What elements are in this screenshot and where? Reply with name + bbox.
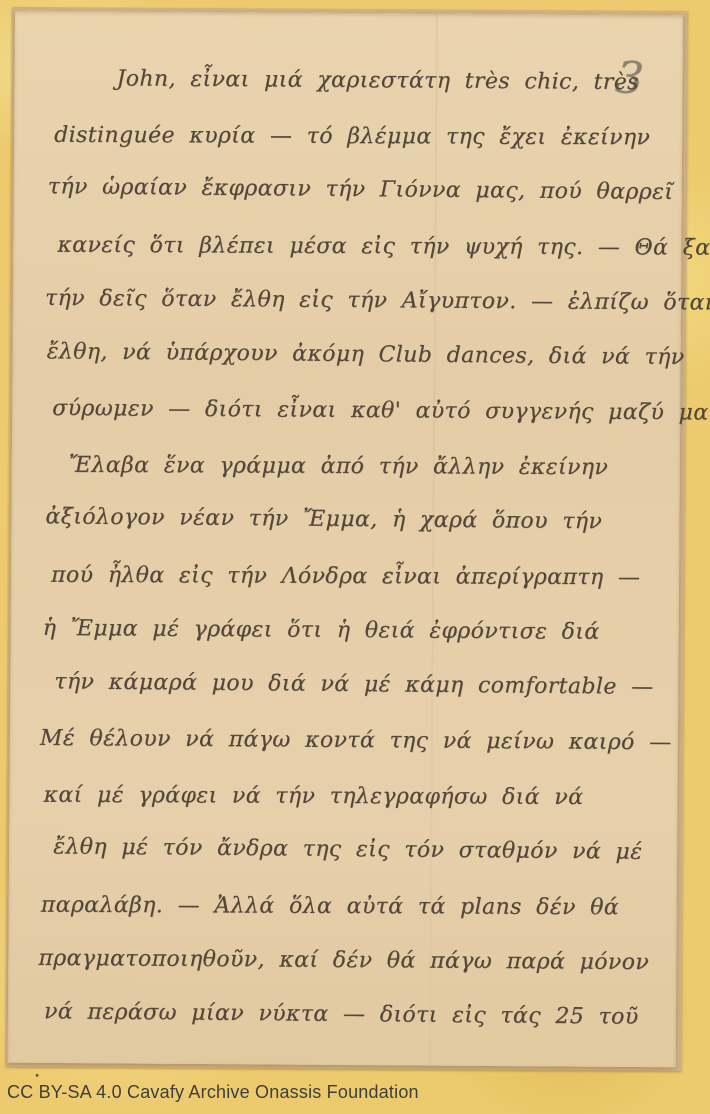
letter-page: 3 John, εἶναι μιά χαριεστάτη très chic, …	[8, 11, 683, 1068]
handwritten-line: πραγματοποιηθοῦν, καί δέν θά πάγω παρά μ…	[30, 931, 666, 990]
handwritten-line: ἡ Ἔμμα μέ γράφει ὅτι ἡ θειά ἐφρόντισε δι…	[33, 601, 669, 660]
handwritten-line: τήν ὡραίαν ἔκφρασιν τήν Γιόννα μας, πού …	[36, 159, 672, 220]
handwritten-line: νά περάσω μίαν νύκτα — διότι εἰς τάς 25 …	[30, 984, 666, 1045]
handwritten-line: σύρωμεν — διότι εἶναι καθ' αὐτό συγγενής…	[34, 381, 670, 440]
handwriting-block: John, εἶναι μιά χαριεστάτη très chic, tr…	[30, 51, 673, 1045]
handwritten-line: τήν κάμαρά μου διά νά μέ κάμη comfortabl…	[32, 654, 668, 715]
scanned-letter-background: 3 John, εἶναι μιά χαριεστάτη très chic, …	[0, 0, 710, 1114]
handwritten-line: τήν δεῖς ὅταν ἔλθη εἰς τήν Αἴγυπτον. — ἐ…	[35, 271, 671, 330]
handwritten-line: distinguée κυρία — τό βλέμμα της ἔχει ἐκ…	[36, 108, 672, 166]
handwritten-line: ἀξιόλογον νέαν τήν Ἔμμα, ἡ χαρά ὅπου τήν	[33, 489, 669, 550]
handwritten-line: Ἔλαβα ἕνα γράμμα ἀπό τήν ἄλλην ἐκείνην	[34, 438, 670, 496]
handwritten-line: κανείς ὅτι βλέπει μέσα εἰς τήν ψυχή της.…	[35, 218, 671, 276]
handwritten-line: καί μέ γράφει νά τήν τηλεγραφήσω διά νά	[31, 768, 667, 826]
handwritten-line: πού ἦλθα εἰς τήν Λόνδρα εἶναι ἀπερίγραπτ…	[33, 548, 669, 606]
handwritten-line: John, εἶναι μιά χαριεστάτη très chic, tr…	[36, 51, 672, 110]
handwritten-line: ἔλθη, νά ὑπάρχουν ἀκόμη Club dances, διά…	[34, 324, 670, 385]
handwritten-line: ἔλθη μέ τόν ἄνδρα της εἰς τόν σταθμόν νά…	[31, 819, 667, 880]
attribution-text: CC BY-SA 4.0 Cavafy Archive Onassis Foun…	[7, 1082, 419, 1103]
handwritten-line: Μέ θέλουν νά πάγω κοντά της νά μείνω και…	[32, 711, 668, 770]
ink-speck	[36, 1074, 39, 1077]
handwritten-line: παραλάβη. — Ἀλλά ὅλα αὐτά τά plans δέν θ…	[31, 878, 667, 936]
